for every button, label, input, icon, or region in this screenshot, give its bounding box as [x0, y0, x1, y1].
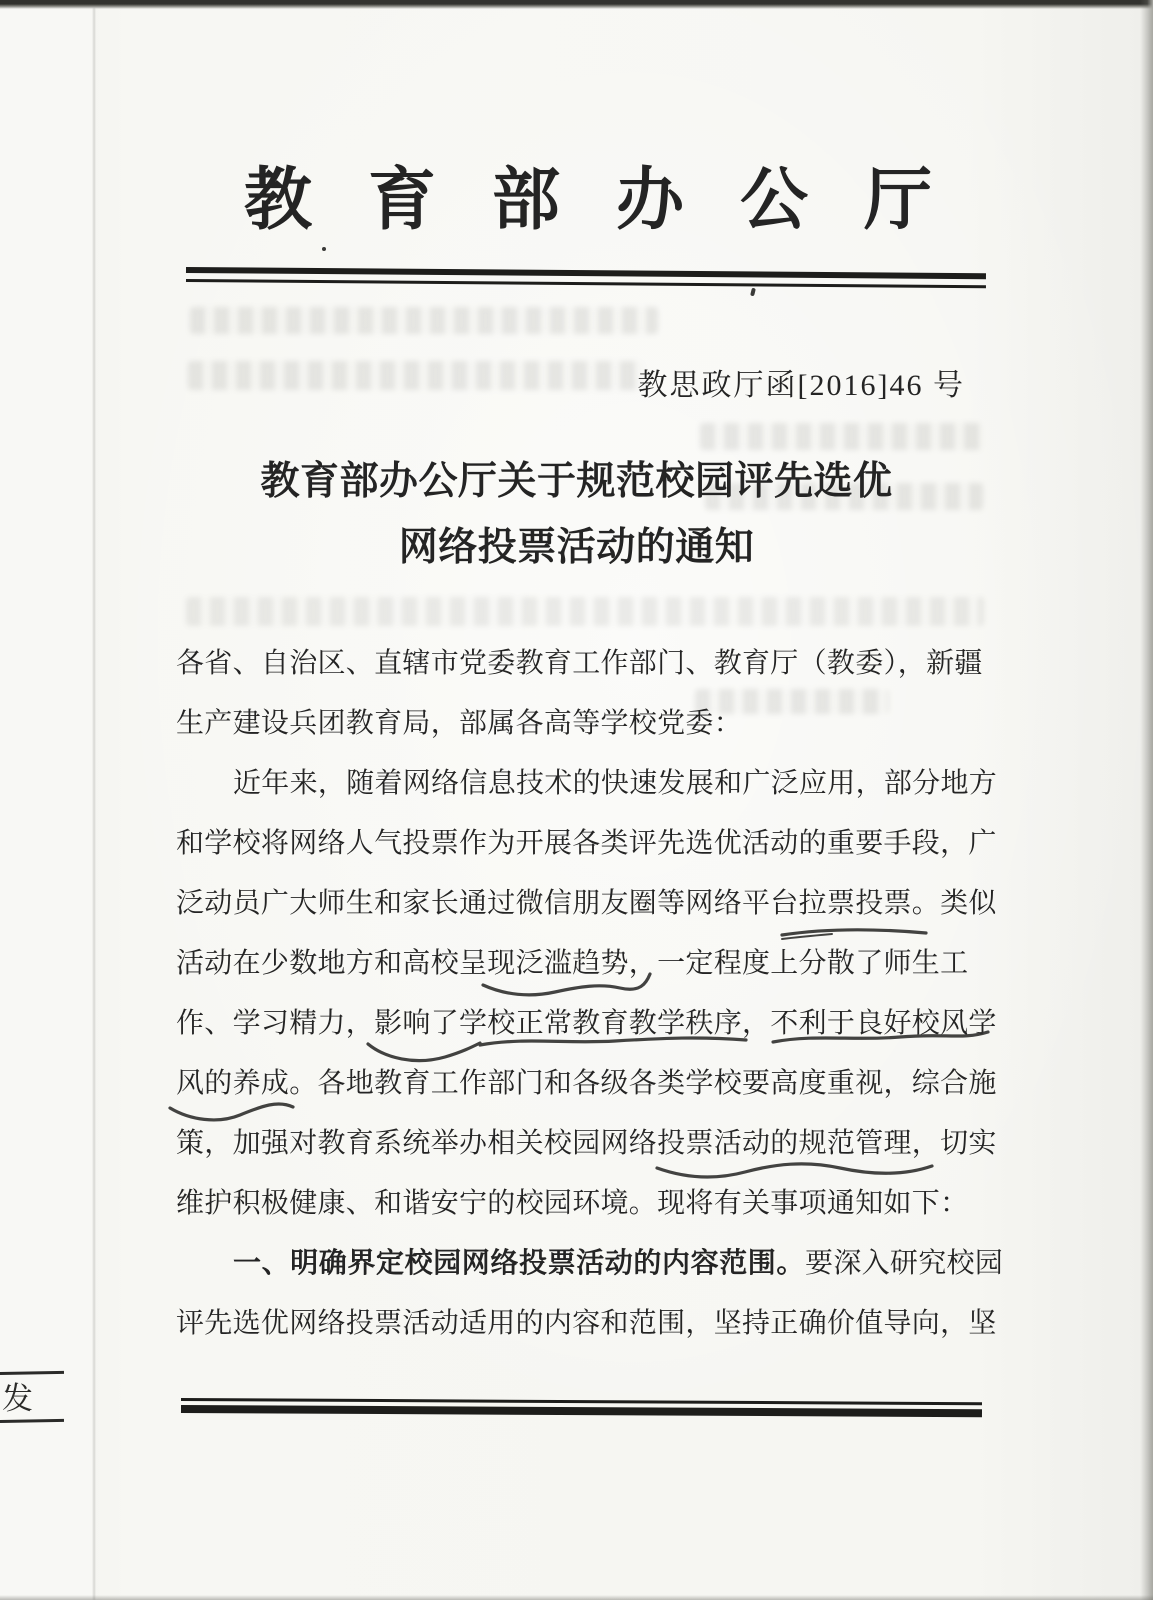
body-line-section-heading: 一、明确界定校园网络投票活动的内容范围。要深入研究校园	[176, 1234, 994, 1294]
scanner-right-edge	[1140, 0, 1153, 1600]
document-number: 教思政厅函[2016]46 号	[560, 360, 965, 404]
scanned-document-page: 发 教育部办公厅 教思政厅函[2016]46 号 教育部办公厅关于规范校园评先选…	[0, 0, 1153, 1600]
footer-rule-thick	[181, 1405, 982, 1417]
agency-name: 教育部办公厅	[244, 160, 988, 242]
section-1-heading: 一、明确界定校园网络投票活动的内容范围。	[233, 1248, 805, 1279]
scanner-top-edge	[0, 0, 1153, 9]
recipients-line: 生产建设兵团教育局，部属各高等学校党委：	[176, 694, 994, 754]
scanner-bottom-edge	[0, 1595, 1153, 1600]
body-line: 风的养成。各地教育工作部门和各级各类学校要高度重视，综合施	[176, 1054, 994, 1114]
body-line: 活动在少数地方和高校呈现泛滥趋势，一定程度上分散了师生工	[176, 934, 994, 994]
document-title-line1: 教育部办公厅关于规范校园评先选优	[0, 450, 1153, 506]
footer-rule-thin	[181, 1398, 982, 1405]
body-line: 策，加强对教育系统举办相关校园网络投票活动的规范管理，切实	[176, 1114, 994, 1174]
bleed-through-smudge	[190, 307, 658, 334]
section-1-text: 要深入研究校园	[805, 1248, 1003, 1279]
margin-stamp-character: 发	[2, 1382, 33, 1416]
body-line: 泛动员广大师生和家长通过微信朋友圈等网络平台拉票投票。类似	[176, 874, 994, 934]
scan-speck	[322, 247, 326, 251]
letterhead-rule-thin	[186, 279, 986, 288]
scan-speck	[750, 288, 756, 297]
body-line: 维护积极健康、和谐安宁的校园环境。现将有关事项通知如下：	[176, 1174, 994, 1234]
body-line: 和学校将网络人气投票作为开展各类评先选优活动的重要手段，广	[176, 814, 994, 874]
underlying-page-edge	[0, 7, 94, 1600]
bleed-through-smudge	[700, 423, 983, 450]
bleed-through-smudge	[186, 597, 984, 626]
document-body: 各省、自治区、直辖市党委教育工作部门、教育厅（教委），新疆 生产建设兵团教育局，…	[176, 634, 994, 1354]
page-fold-line	[93, 8, 95, 1600]
letterhead-rule-thick	[186, 267, 986, 279]
body-line: 作、学习精力，影响了学校正常教育教学秩序，不利于良好校风学	[176, 994, 994, 1054]
document-title-line2: 网络投票活动的通知	[0, 516, 1153, 572]
body-line: 评先选优网络投票活动适用的内容和范围，坚持正确价值导向，坚	[176, 1294, 994, 1354]
recipients-line: 各省、自治区、直辖市党委教育工作部门、教育厅（教委），新疆	[176, 634, 994, 694]
body-line: 近年来，随着网络信息技术的快速发展和广泛应用，部分地方	[176, 754, 994, 814]
